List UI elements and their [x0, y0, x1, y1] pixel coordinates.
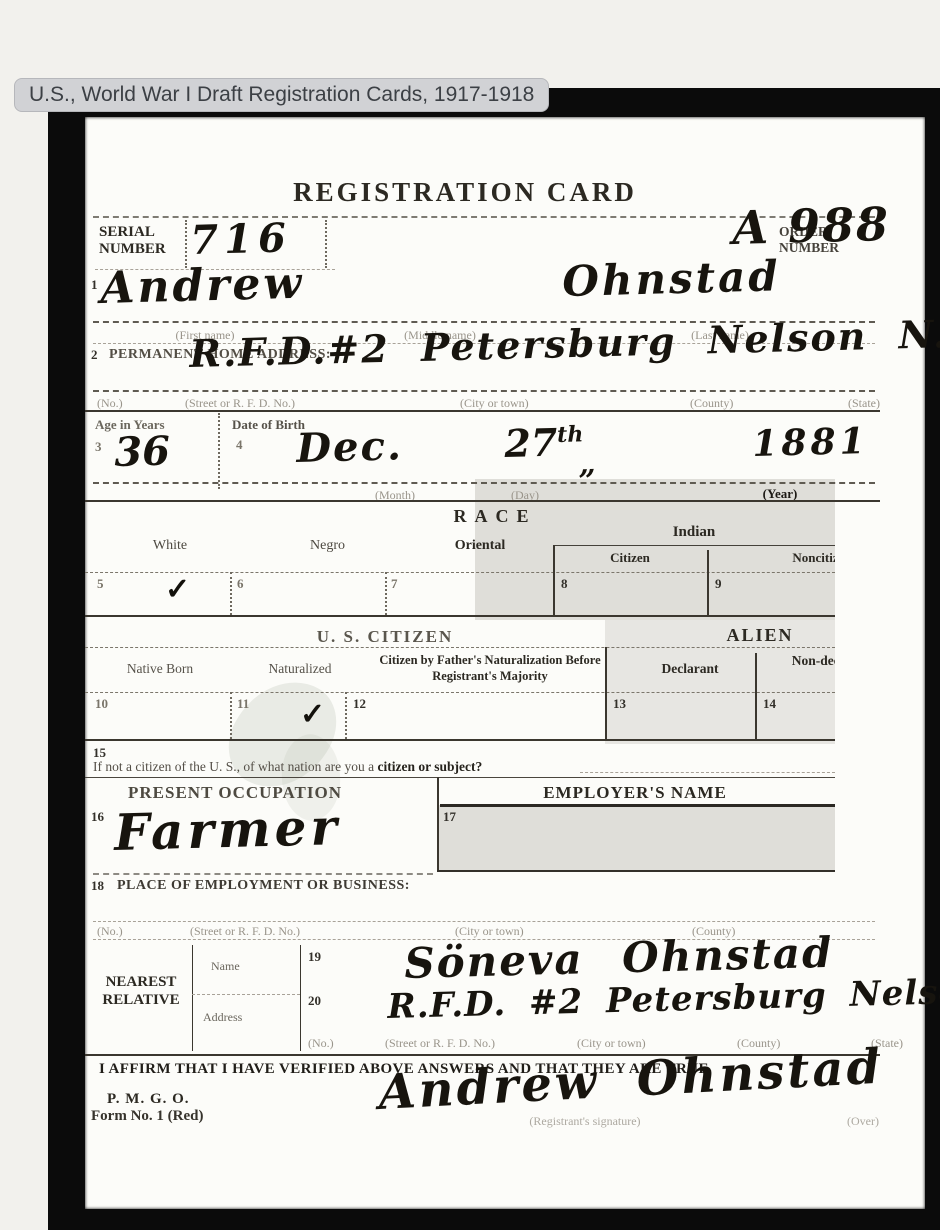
item-number-4: 4: [236, 437, 243, 453]
last-name-value: Ohnstad: [562, 251, 782, 306]
signature-caption-label: (Registrant's signature): [475, 1114, 695, 1129]
relative-address-label: Address: [203, 1010, 242, 1025]
race-cell-5: 5: [97, 576, 104, 592]
home-address-value: R.F.D.#2 Petersburg Nelson N.D.: [189, 310, 940, 376]
address-city-label: (City or town): [460, 396, 529, 411]
address-county-label: (County): [690, 396, 733, 411]
citizen-cell-12: 12: [353, 696, 366, 712]
relative-street-label: (Street or R. F. D. No.): [385, 1036, 495, 1051]
dob-day-suffix: th: [557, 421, 584, 448]
divider: [192, 945, 193, 1051]
alien-col-declarant: Declarant: [625, 661, 755, 677]
divider: [93, 390, 875, 392]
ditto-mark: „: [578, 447, 596, 482]
divider: [85, 500, 880, 502]
alien-col-nondeclarant: Non-declarant: [785, 653, 835, 670]
race-col-indian-noncitizen: Noncitizen: [747, 550, 835, 566]
naturalized-checkmark: ✓: [300, 697, 325, 732]
item-number-19: 19: [308, 949, 321, 965]
citizen-col-father-naturalization: Citizen by Father's Naturalization Befor…: [365, 653, 615, 684]
form-number-label: Form No. 1 (Red): [91, 1108, 203, 1125]
pmgo-label: P. M. G. O.: [107, 1091, 190, 1108]
race-col-indian: Indian: [553, 524, 835, 541]
divider: [553, 545, 555, 615]
alien-heading: ALIEN: [645, 625, 875, 646]
divider: [85, 615, 835, 617]
divider: [218, 413, 220, 489]
item-number-3: 3: [95, 439, 102, 455]
race-col-oriental: Oriental: [395, 538, 565, 554]
viewer-page: { "viewer": { "collection_title": "U.S.,…: [0, 0, 940, 1230]
dob-heading: Date of Birth: [232, 417, 305, 433]
employment-street-label: (Street or R. F. D. No.): [190, 924, 300, 939]
divider: [230, 572, 232, 615]
citizen-cell-13: 13: [613, 696, 626, 712]
item-number-2: 2: [91, 347, 98, 363]
alien-col-nondeclarant-clip: Non-declarant: [757, 653, 835, 689]
race-col-indian-noncitizen-clip: Noncitizen: [707, 550, 835, 570]
divider: [192, 994, 300, 995]
divider: [300, 945, 301, 1051]
dob-day-value: 27th: [504, 419, 584, 466]
relative-name-label: Name: [211, 959, 240, 974]
race-col-white: White: [105, 538, 235, 554]
divider: [85, 739, 835, 741]
dob-month-value: Dec.: [296, 422, 404, 472]
divider: [580, 772, 835, 773]
employment-no-label: (No.): [97, 924, 123, 939]
address-state-label: (State): [848, 396, 880, 411]
serial-number-value: 716: [190, 214, 293, 264]
age-value: 36: [114, 428, 171, 476]
item-number-17: 17: [443, 809, 456, 825]
divider: [93, 873, 433, 875]
us-citizen-heading: U. S. CITIZEN: [145, 627, 625, 647]
item-number-18: 18: [91, 878, 104, 894]
divider: [85, 572, 835, 573]
divider: [553, 545, 835, 546]
serial-number-label: SERIAL NUMBER: [99, 224, 171, 259]
divider: [707, 550, 709, 615]
relative-no-label: (No.): [308, 1036, 334, 1051]
divider: [385, 572, 387, 615]
relative-city-label: (City or town): [577, 1036, 646, 1051]
occupation-value: Farmer: [113, 797, 341, 862]
divider: [755, 653, 757, 739]
race-cell-7: 7: [391, 576, 398, 592]
divider: [440, 804, 835, 807]
item-number-1: 1: [91, 277, 98, 293]
item-number-16: 16: [91, 809, 104, 825]
divider: [93, 921, 875, 922]
citizen-col-naturalized: Naturalized: [240, 661, 360, 677]
employers-name-heading: EMPLOYER'S NAME: [445, 783, 825, 803]
item-number-20: 20: [308, 993, 321, 1009]
over-label: (Over): [847, 1114, 879, 1129]
race-cell-6: 6: [237, 576, 244, 592]
nation-question-bold: citizen or subject?: [378, 759, 483, 774]
citizen-cell-14: 14: [763, 696, 776, 712]
divider: [437, 870, 835, 872]
divider: [605, 647, 607, 739]
citizen-col-native-born: Native Born: [95, 661, 225, 677]
race-cell-8: 8: [561, 576, 568, 592]
divider: [230, 692, 232, 739]
citizen-cell-11: 11: [237, 696, 249, 712]
citizen-cell-10: 10: [95, 696, 108, 712]
first-name-value: Andrew: [100, 258, 305, 314]
divider: [85, 410, 880, 412]
divider: [85, 647, 835, 648]
nation-question: If not a citizen of the U. S., of what n…: [93, 759, 482, 775]
race-col-indian-citizen: Citizen: [553, 550, 707, 566]
race-col-negro: Negro: [250, 538, 405, 554]
race-white-checkmark: ✓: [165, 572, 190, 607]
registration-card-document: REGISTRATION CARD SERIAL NUMBER 716 ORDE…: [85, 117, 925, 1209]
dob-year-value: 1881: [752, 420, 869, 465]
order-number-value: A 988: [732, 197, 891, 255]
divider: [325, 220, 327, 268]
divider: [93, 482, 875, 484]
divider: [85, 777, 835, 778]
address-street-label: (Street or R. F. D. No.): [185, 396, 295, 411]
place-of-employment-label: PLACE OF EMPLOYMENT OR BUSINESS:: [117, 878, 410, 894]
divider: [345, 692, 347, 739]
scan-shading: [437, 805, 835, 871]
divider: [437, 777, 439, 872]
race-cell-9: 9: [715, 576, 722, 592]
nearest-relative-heading: NEAREST RELATIVE: [93, 973, 189, 1009]
address-no-label: (No.): [97, 396, 123, 411]
divider: [85, 692, 835, 693]
collection-title-tooltip: U.S., World War I Draft Registration Car…: [14, 78, 549, 112]
